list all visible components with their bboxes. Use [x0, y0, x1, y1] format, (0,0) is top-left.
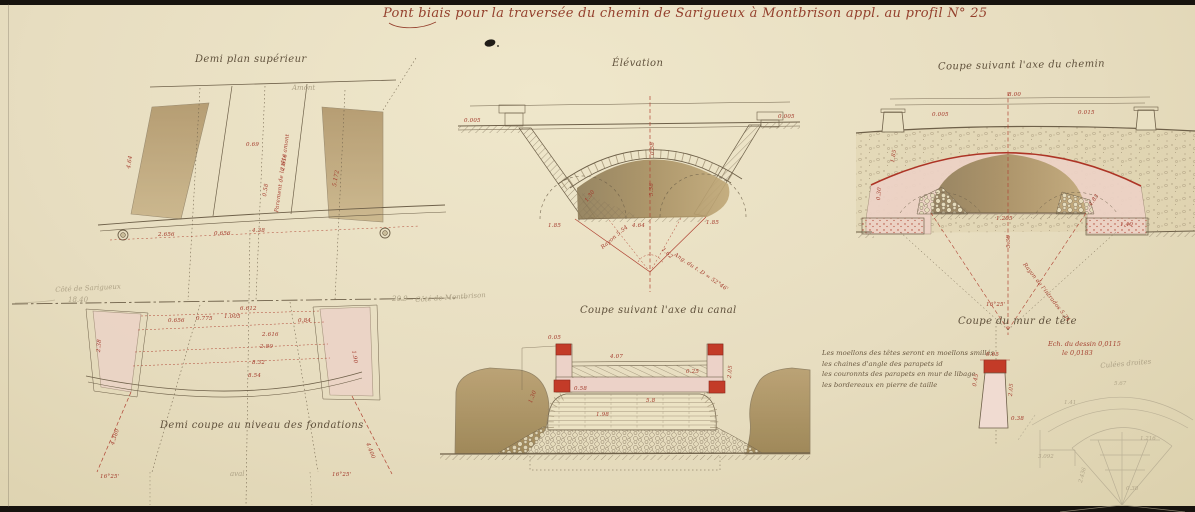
note-line: Les moellons des têtes seront en moellon…	[822, 348, 1002, 359]
foundation-plan-linework	[12, 230, 470, 505]
dim-label: 4.07	[610, 354, 623, 360]
dim-label: 5.38	[1006, 235, 1012, 248]
dim-label: 1.40	[1120, 222, 1133, 228]
dim-label: 0.05	[548, 335, 561, 341]
headwall-label: Coupe du mur de tête	[958, 316, 1077, 327]
canal-section-label: Coupe suivant l'axe du canal	[580, 305, 737, 316]
title-flourish	[389, 22, 436, 28]
sketch-number: 3.092	[1038, 454, 1054, 460]
scale-note: Ech. du dessin 0,0115 le 0,0183	[1048, 340, 1121, 358]
dim-label: 1.205	[996, 216, 1013, 222]
scale-line: le 0,0183	[1062, 349, 1121, 358]
dim-label: 0.30	[876, 187, 883, 201]
dim-label: 0.84	[298, 318, 311, 324]
drawing-linework	[0, 0, 1195, 512]
dim-label: 0.38	[1011, 416, 1024, 422]
note-line: les chaines d'angle des parapets id	[822, 359, 1002, 370]
drawing-sheet: Pont biais pour la traversée du chemin d…	[0, 0, 1195, 512]
scale-line: Ech. du dessin 0,0115	[1048, 340, 1121, 349]
dim-label: 0.58	[574, 386, 587, 392]
dim-label: 8.00	[1008, 92, 1021, 98]
dim-label: 0.656	[214, 231, 231, 237]
dim-label: 1.98	[596, 412, 609, 418]
dim-label: 5.8	[646, 398, 655, 404]
canal-section-linework	[440, 344, 810, 470]
dim-label: 2.05	[727, 365, 734, 379]
dim-label: 4.38	[252, 228, 265, 234]
sketch-number: 0.38	[1126, 486, 1138, 492]
dim-label: 0.656	[168, 318, 185, 324]
dim-label: 0.015	[1078, 110, 1095, 116]
pencil-annotation: 18.40	[68, 296, 88, 304]
pencil-annotation: aval	[230, 470, 245, 478]
dim-label: 1.85	[548, 223, 561, 229]
dim-label: 16°25'	[986, 302, 1005, 308]
elevation-label: Élévation	[612, 58, 663, 69]
dim-label: 16°25'	[332, 472, 351, 478]
dim-label: 6.612	[240, 306, 257, 312]
dim-label: 2.38	[96, 339, 103, 353]
dim-label: 2.616	[262, 332, 279, 338]
dim-label: 1.005	[224, 314, 241, 320]
dim-label: 8.54	[248, 373, 261, 379]
dim-label: 0.05	[986, 352, 999, 358]
dim-label: 2.656	[158, 232, 175, 238]
foundation-label: Demi coupe au niveau des fondations	[160, 420, 364, 431]
road-section-linework	[856, 92, 1195, 335]
pencil-annotation: 20.9	[392, 295, 408, 303]
elevation-linework	[458, 96, 800, 292]
dim-label: 1.85	[706, 220, 719, 226]
dim-label: 0.25	[686, 369, 699, 375]
dim-label: 0.005	[932, 112, 949, 118]
plan-view-label: Demi plan supérieur	[195, 54, 307, 65]
pencil-annotation: Amont	[292, 84, 315, 92]
dim-label: 2.80	[260, 344, 273, 350]
sheet-title: Pont biais pour la traversée du chemin d…	[383, 6, 987, 21]
dim-label: 4.64	[632, 223, 645, 229]
sketch-number: 1.41	[1064, 400, 1076, 406]
dim-label: 0.58	[650, 142, 656, 155]
plan-view-linework	[98, 58, 446, 300]
ink-blot	[484, 38, 499, 47]
dim-label: 5.38	[649, 183, 655, 196]
dim-label: 0.005	[464, 118, 481, 124]
dim-label: 16°25'	[100, 474, 119, 480]
dim-label: 0.005	[778, 114, 795, 120]
dim-label: 8.32	[252, 360, 265, 366]
sketch-number: 5.67	[1114, 381, 1126, 387]
dim-label: 0.775	[196, 316, 213, 322]
dim-label: 2.05	[1008, 383, 1015, 397]
dim-label: 0.69	[246, 142, 259, 148]
sketch-number: 1.216	[1140, 436, 1156, 442]
